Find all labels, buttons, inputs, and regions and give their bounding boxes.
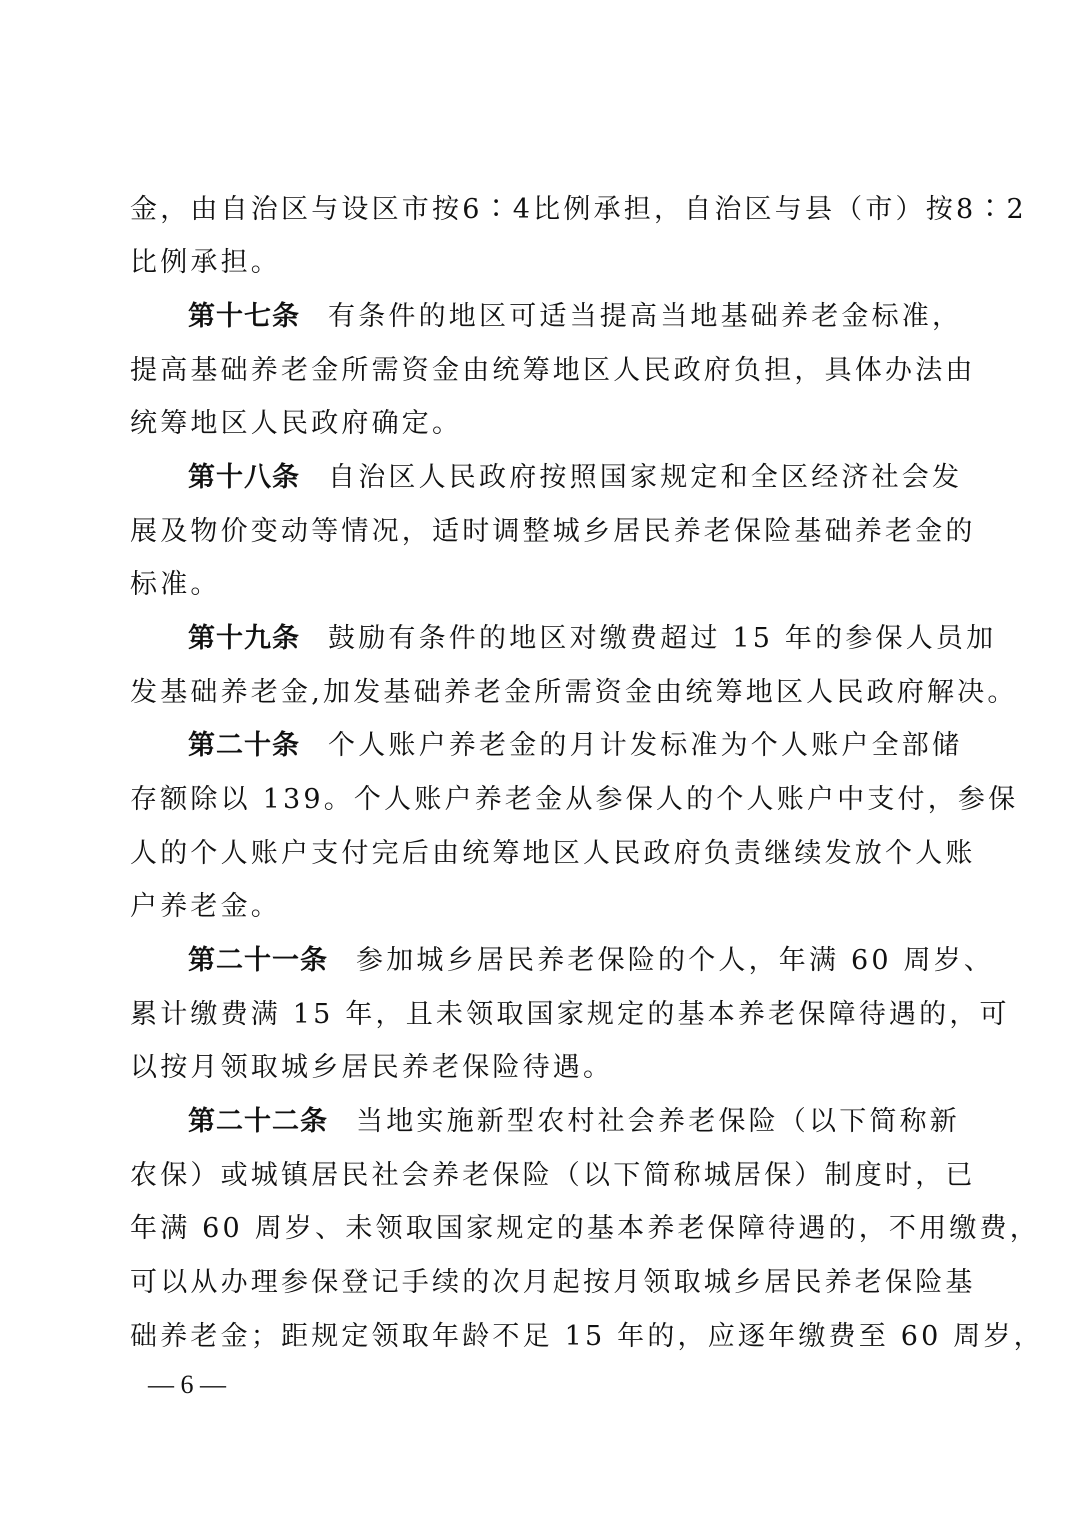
line-text: 础养老金；距规定领取年龄不足 15 年的，应逐年缴费至 60 周岁， [130, 1321, 1044, 1352]
text-line: 发基础养老金,加发基础养老金所需资金由统筹地区人民政府解决。 [130, 673, 946, 713]
article-line: 第二十一条参加城乡居民养老保险的个人，年满 60 周岁、 [188, 941, 946, 981]
line-text: 有条件的地区可适当提高当地基础养老金标准， [328, 301, 962, 332]
line-text: 可以从办理参保登记手续的次月起按月领取城乡居民养老保险基 [130, 1267, 976, 1298]
document-page: 金，由自治区与设区市按6∶4比例承担，自治区与县（市）按8∶2比例承担。第十七条… [0, 0, 1074, 1520]
text-line: 户养老金。 [130, 887, 946, 927]
text-line: 以按月领取城乡居民养老保险待遇。 [130, 1048, 946, 1088]
line-text: 存额除以 139。个人账户养老金从参保人的个人账户中支付，参保 [130, 784, 1018, 815]
line-text: 户养老金。 [130, 891, 281, 922]
text-line: 础养老金；距规定领取年龄不足 15 年的，应逐年缴费至 60 周岁， [130, 1317, 946, 1357]
article-line: 第十九条鼓励有条件的地区对缴费超过 15 年的参保人员加 [188, 619, 946, 659]
line-text: 以按月领取城乡居民养老保险待遇。 [130, 1052, 613, 1083]
text-line: 人的个人账户支付完后由统筹地区人民政府负责继续发放个人账 [130, 834, 946, 874]
text-line: 统筹地区人民政府确定。 [130, 404, 946, 444]
article-label: 第二十一条 [188, 945, 328, 976]
line-text: 鼓励有条件的地区对缴费超过 15 年的参保人员加 [328, 623, 996, 654]
text-line: 存额除以 139。个人账户养老金从参保人的个人账户中支付，参保 [130, 780, 946, 820]
line-text: 统筹地区人民政府确定。 [130, 408, 462, 439]
line-text: 比例承担。 [130, 247, 281, 278]
line-text: 发基础养老金,加发基础养老金所需资金由统筹地区人民政府解决。 [130, 677, 1018, 708]
line-text: 农保）或城镇居民社会养老保险（以下简称城居保）制度时，已 [130, 1160, 976, 1191]
text-line: 累计缴费满 15 年，且未领取国家规定的基本养老保障待遇的，可 [130, 995, 946, 1035]
article-label: 第十七条 [188, 301, 300, 332]
line-text: 展及物价变动等情况，适时调整城乡居民养老保险基础养老金的 [130, 516, 976, 547]
article-line: 第十七条有条件的地区可适当提高当地基础养老金标准， [188, 297, 946, 337]
text-line: 提高基础养老金所需资金由统筹地区人民政府负担，具体办法由 [130, 351, 946, 391]
article-line: 第二十条个人账户养老金的月计发标准为个人账户全部储 [188, 726, 946, 766]
line-text: 累计缴费满 15 年，且未领取国家规定的基本养老保障待遇的，可 [130, 999, 1010, 1030]
text-line: 可以从办理参保登记手续的次月起按月领取城乡居民养老保险基 [130, 1263, 946, 1303]
line-text: 提高基础养老金所需资金由统筹地区人民政府负担，具体办法由 [130, 355, 976, 386]
article-label: 第二十条 [188, 730, 300, 761]
line-text: 人的个人账户支付完后由统筹地区人民政府负责继续发放个人账 [130, 838, 976, 869]
line-text: 年满 60 周岁、未领取国家规定的基本养老保障待遇的，不用缴费， [130, 1213, 1040, 1244]
article-label: 第十九条 [188, 623, 300, 654]
text-line: 标准。 [130, 565, 946, 605]
text-line: 金，由自治区与设区市按6∶4比例承担，自治区与县（市）按8∶2 [130, 190, 946, 230]
article-label: 第二十二条 [188, 1106, 328, 1137]
text-line: 展及物价变动等情况，适时调整城乡居民养老保险基础养老金的 [130, 512, 946, 552]
line-text: 个人账户养老金的月计发标准为个人账户全部储 [328, 730, 962, 761]
article-line: 第二十二条当地实施新型农村社会养老保险（以下简称新 [188, 1102, 946, 1142]
text-line: 比例承担。 [130, 243, 946, 283]
line-text: 金，由自治区与设区市按6∶4比例承担，自治区与县（市）按8∶2 [130, 194, 1027, 225]
article-line: 第十八条自治区人民政府按照国家规定和全区经济社会发 [188, 458, 946, 498]
article-label: 第十八条 [188, 462, 300, 493]
line-text: 参加城乡居民养老保险的个人，年满 60 周岁、 [356, 945, 994, 976]
line-text: 标准。 [130, 569, 221, 600]
text-line: 农保）或城镇居民社会养老保险（以下简称城居保）制度时，已 [130, 1156, 946, 1196]
page-number: — 6 — [148, 1368, 226, 1402]
text-line: 年满 60 周岁、未领取国家规定的基本养老保障待遇的，不用缴费， [130, 1209, 946, 1249]
line-text: 当地实施新型农村社会养老保险（以下简称新 [356, 1106, 960, 1137]
line-text: 自治区人民政府按照国家规定和全区经济社会发 [328, 462, 962, 493]
